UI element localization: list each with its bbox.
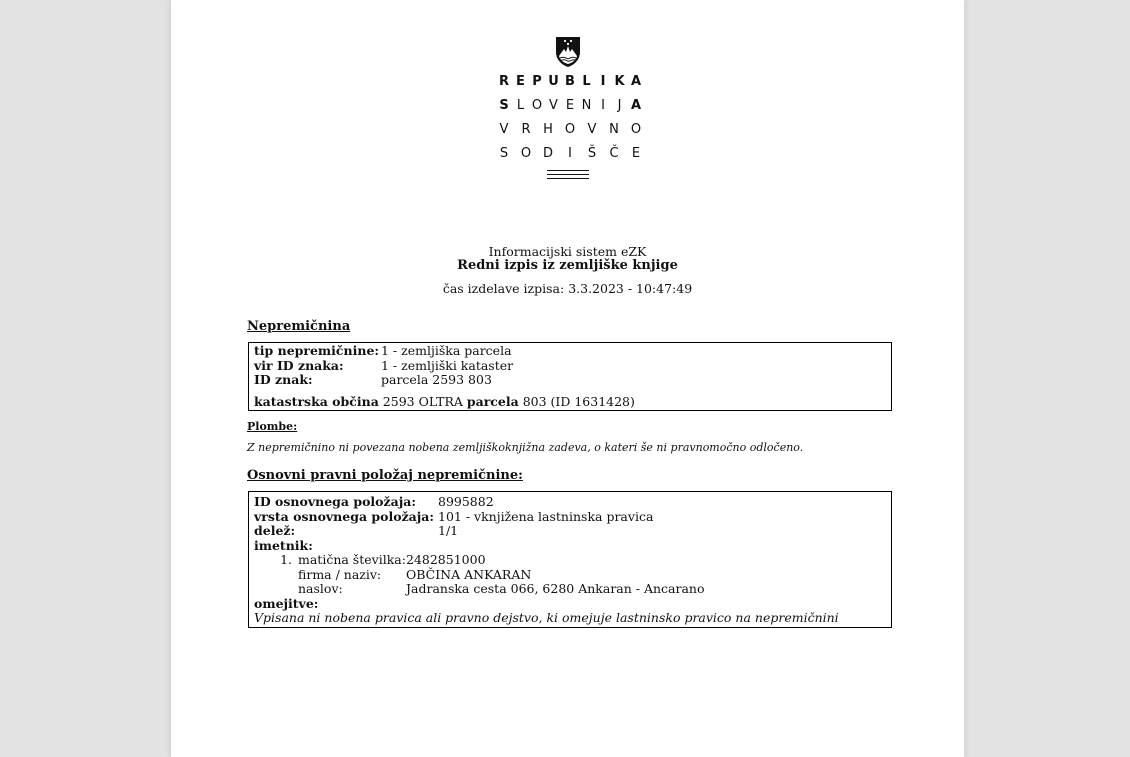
imetnik-label: imetnik: — [254, 539, 886, 554]
field-value: Jadranska cesta 066, 6280 Ankaran - Anca… — [406, 582, 705, 597]
field-label: delež: — [254, 524, 438, 539]
polozaj-box: ID osnovnega položaja:8995882vrsta osnov… — [248, 491, 892, 628]
field-row: naslov:Jadranska cesta 066, 6280 Ankaran… — [298, 582, 705, 597]
omejitve-text: Vpisana ni nobena pravica ali pravno dej… — [254, 611, 886, 626]
field-label: vir ID znaka: — [254, 359, 381, 374]
omejitve-label: omejitve: — [254, 597, 886, 612]
field-row: vir ID znaka:1 - zemljiški kataster — [254, 359, 886, 374]
field-row: ID znak:parcela 2593 803 — [254, 373, 886, 388]
field-row: ID osnovnega položaja:8995882 — [254, 495, 886, 510]
field-value: 2482851000 — [406, 553, 486, 568]
field-label: ID znak: — [254, 373, 381, 388]
field-label: vrsta osnovnega položaja: — [254, 510, 438, 525]
slovenia-coat-of-arms-icon — [555, 36, 581, 68]
created-timestamp: čas izdelave izpisa: 3.3.2023 - 10:47:49 — [171, 281, 964, 296]
plombe-text: Z nepremičnino ni povezana nobena zemlji… — [247, 441, 803, 454]
polozaj-heading: Osnovni pravni položaj nepremičnine: — [247, 468, 523, 483]
field-row: firma / naziv:OBČINA ANKARAN — [298, 568, 705, 583]
field-row: delež:1/1 — [254, 524, 886, 539]
imetnik-item: 1. matična številka:2482851000firma / na… — [254, 553, 886, 597]
logo-line: REPUBLIKA — [497, 74, 643, 89]
nepremicnina-heading: Nepremičnina — [247, 319, 350, 334]
field-row: tip nepremičnine:1 - zemljiška parcela — [254, 344, 886, 359]
field-row: vrsta osnovnega položaja:101 - vknjižena… — [254, 510, 886, 525]
field-value: parcela 2593 803 — [381, 373, 492, 388]
nepremicnina-box: tip nepremičnine:1 - zemljiška parcelavi… — [248, 342, 892, 411]
field-value: 8995882 — [438, 495, 494, 510]
field-value: 1 - zemljiška parcela — [381, 344, 512, 359]
field-label: naslov: — [298, 582, 406, 597]
field-label: ID osnovnega položaja: — [254, 495, 438, 510]
field-label: matična številka: — [298, 553, 406, 568]
field-label: firma / naziv: — [298, 568, 406, 583]
field-value: OBČINA ANKARAN — [406, 568, 531, 583]
logo-line: SLOVENIJA — [497, 98, 643, 113]
plombe-heading: Plombe: — [247, 420, 297, 433]
logo-line: VRHOVNO — [497, 122, 643, 137]
field-label: tip nepremičnine: — [254, 344, 381, 359]
system-name: Informacijski sistem eZK — [171, 244, 964, 259]
field-value: 1 - zemljiški kataster — [381, 359, 513, 374]
document-title: Redni izpis iz zemljiške knjige — [171, 258, 964, 273]
field-row: matična številka:2482851000 — [298, 553, 705, 568]
document-page: REPUBLIKASLOVENIJAVRHOVNOSODIŠČE Informa… — [171, 0, 964, 757]
logo-rule-lines — [547, 170, 589, 182]
katastrska-obcina-line: katastrska občina 2593 OLTRA parcela 803… — [254, 395, 886, 410]
field-value: 101 - vknjižena lastninska pravica — [438, 510, 653, 525]
logo-line: SODIŠČE — [497, 146, 643, 161]
field-value: 1/1 — [438, 524, 458, 539]
